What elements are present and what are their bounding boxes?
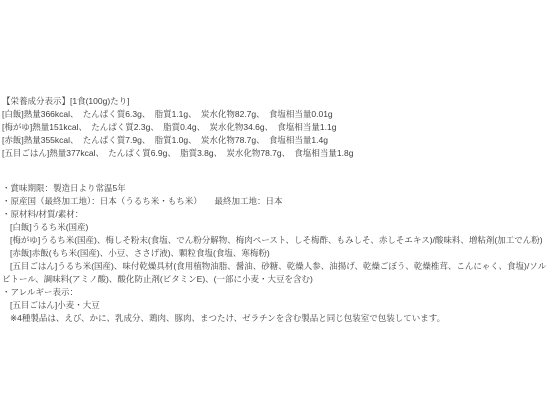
materials-line-gomoku: [五目ごはん]うるち米(国産)、味付乾燥具材(食用植物油脂、醤油、砂糖、乾燥人参… — [2, 260, 554, 286]
nutrition-row-hakumai: [白飯]熱量366kcal、 たんぱく質6.3g、 脂質1.1g、 炭水化物82… — [2, 108, 554, 121]
allergy-items-line: [五目ごはん]小麦・大豆 — [2, 299, 554, 312]
product-details-section: ・賞味期限：製造日より常温5年 ・原産国（最終加工地）：日本（うるち米・もち米）… — [2, 182, 554, 325]
materials-line-umegayu: [梅がゆ]うるち米(国産)、梅しそ粉末(食塩、でん粉分解物、梅肉ペースト、しそ梅… — [2, 234, 554, 247]
nutrition-row-gomoku: [五目ごはん]熱量377kcal、 たんぱく質6.9g、 脂質3.8g、 炭水化… — [2, 147, 554, 160]
materials-heading: ・原材料/材質/素材： — [2, 208, 554, 221]
product-spec-text-block: 【栄養成分表示】[1食(100g)たり] [白飯]熱量366kcal、 たんぱく… — [2, 95, 554, 325]
nutrition-section: 【栄養成分表示】[1食(100g)たり] [白飯]熱量366kcal、 たんぱく… — [2, 95, 554, 160]
materials-line-hakumai: [白飯]うるち米(国産) — [2, 221, 554, 234]
nutrition-row-umegayu: [梅がゆ]熱量151kcal、 たんぱく質2.3g、 脂質0.4g、 炭水化物3… — [2, 121, 554, 134]
shelf-life-line: ・賞味期限：製造日より常温5年 — [2, 182, 554, 195]
origin-line: ・原産国（最終加工地）：日本（うるち米・もち米） 最終加工地：日本 — [2, 195, 554, 208]
nutrition-row-sekihan: [赤飯]熱量355kcal、 たんぱく質7.9g、 脂質1.0g、 炭水化物78… — [2, 134, 554, 147]
nutrition-heading: 【栄養成分表示】[1食(100g)たり] — [2, 95, 554, 108]
materials-line-sekihan: [赤飯]赤飯(もち米(国産)、小豆、ささげ液)、顆粒食塩(食塩、寒梅粉) — [2, 247, 554, 260]
allergy-heading: ・アレルギー表示： — [2, 286, 554, 299]
allergy-note-line: ※4種製品は、えび、かに、乳成分、鶏肉、豚肉、まつたけ、ゼラチンを含む製品と同じ… — [2, 312, 554, 325]
